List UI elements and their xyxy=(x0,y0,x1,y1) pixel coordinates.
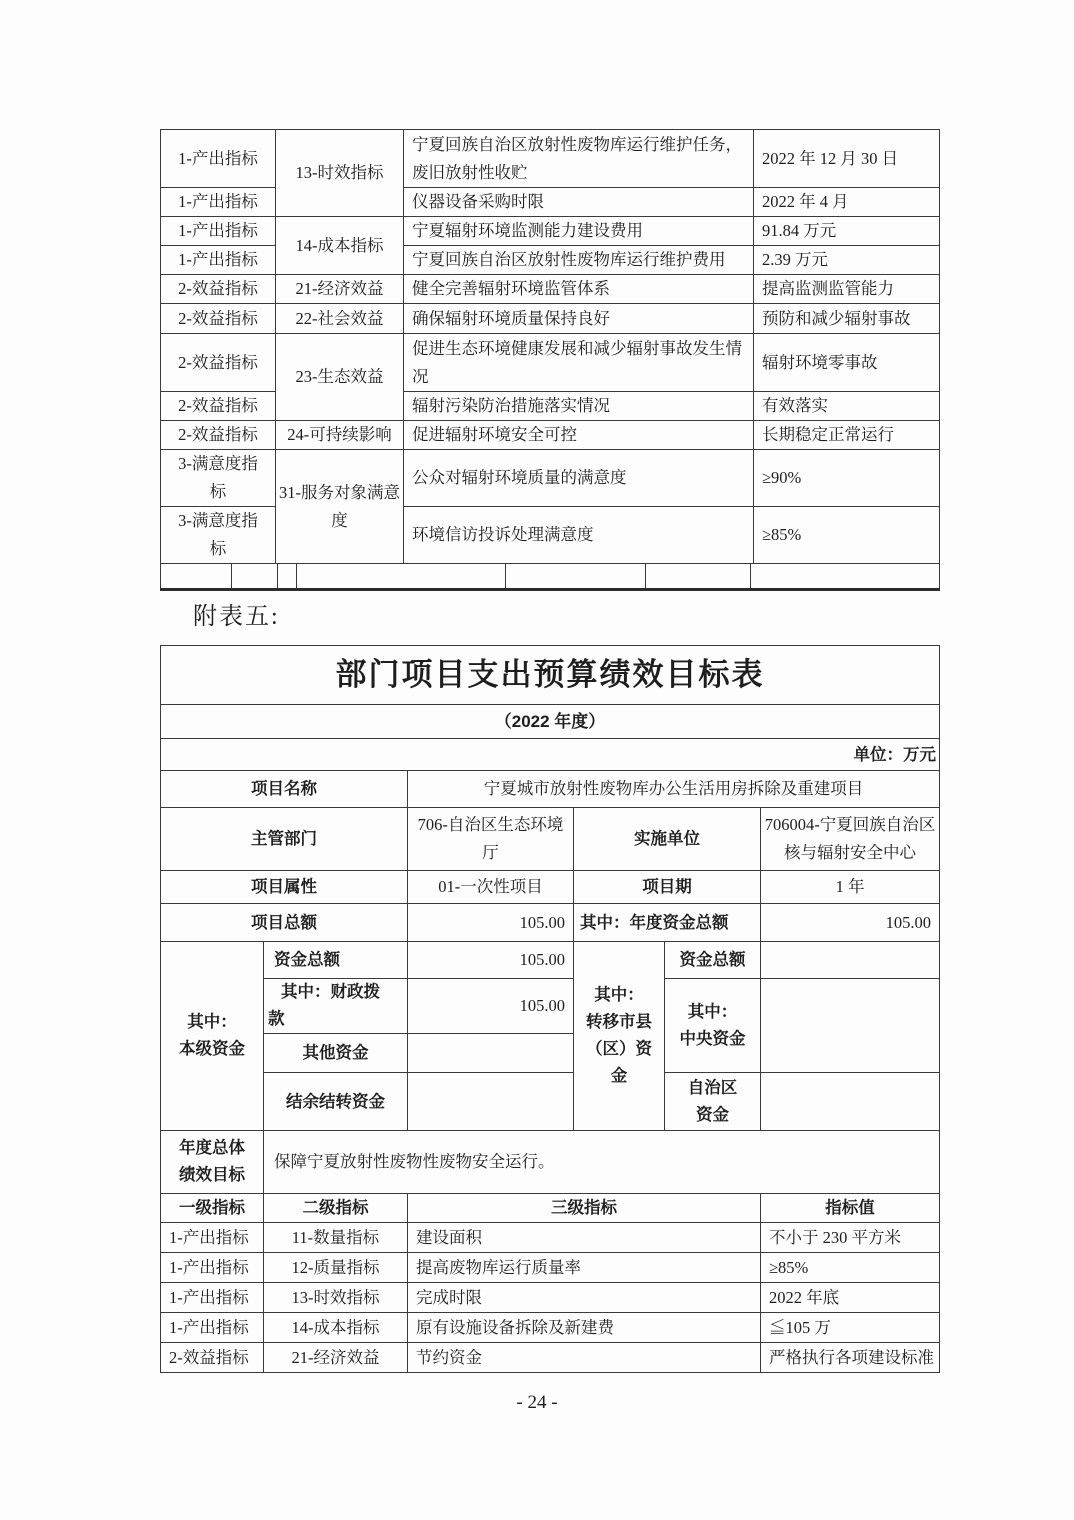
empty-cell xyxy=(297,564,506,590)
empty-cell xyxy=(161,564,232,590)
level1-cell: 2-效益指标 xyxy=(161,1343,264,1373)
value-cell: 长期稳定正常运行 xyxy=(754,421,940,450)
level1-cell: 2-效益指标 xyxy=(161,421,276,450)
level1-cell: 2-效益指标 xyxy=(161,304,276,334)
local-funds-label: 其中： 本级资金 xyxy=(161,942,264,1131)
level1-cell: 1-产出指标 xyxy=(161,188,276,217)
project-attr-value: 01-一次性项目 xyxy=(408,871,574,904)
project-name-label: 项目名称 xyxy=(161,771,408,808)
transfer-total-label: 资金总额 xyxy=(665,942,761,979)
performance-indicators-continuation-table: 1-产出指标 13-时效指标 宁夏回族自治区放射性废物库运行维护任务，废旧放射性… xyxy=(160,129,940,564)
level1-cell: 1-产出指标 xyxy=(161,1313,264,1343)
level2-cell: 14-成本指标 xyxy=(276,217,404,275)
indicator-cell: 促进生态环境健康发展和减少辐射事故发生情况 xyxy=(404,334,754,392)
appendix-label: 附表五: xyxy=(193,596,280,631)
project-name-value: 宁夏城市放射性废物库办公生活用房拆除及重建项目 xyxy=(408,771,940,808)
level1-cell: 1-产出指标 xyxy=(161,246,276,275)
project-attr-label: 项目属性 xyxy=(161,871,408,904)
value-cell: 2022 年 4 月 xyxy=(754,188,940,217)
level1-cell: 3-满意度指标 xyxy=(161,450,276,507)
indicator-cell: 完成时限 xyxy=(408,1283,761,1313)
indicator-cell: 环境信访投诉处理满意度 xyxy=(404,507,754,564)
indicator-cell: 健全完善辐射环境监管体系 xyxy=(404,275,754,304)
level2-cell: 21-经济效益 xyxy=(276,275,404,304)
fiscal-appropriation-value: 105.00 xyxy=(408,979,574,1034)
level1-cell: 1-产出指标 xyxy=(161,217,276,246)
indicator-cell: 辐射污染防治措施落实情况 xyxy=(404,392,754,421)
region-funds-label: 自治区 资金 xyxy=(665,1073,761,1131)
fiscal-appropriation-label: 其中：财政拨 款 xyxy=(264,979,408,1034)
indicator-cell: 节约资金 xyxy=(408,1343,761,1373)
value-cell: 2022 年 12 月 30 日 xyxy=(754,130,940,188)
level1-cell: 1-产出指标 xyxy=(161,1253,264,1283)
level2-cell: 13-时效指标 xyxy=(264,1283,408,1313)
project-budget-performance-table: 部门项目支出预算绩效目标表 （2022 年度） 单位：万元 项目名称 宁夏城市放… xyxy=(160,645,940,1373)
region-funds-value xyxy=(761,1073,940,1131)
project-total-value: 105.00 xyxy=(408,904,574,942)
value-cell: 不小于 230 平方米 xyxy=(761,1223,940,1253)
level2-cell: 11-数量指标 xyxy=(264,1223,408,1253)
annual-total-label: 其中：年度资金总额 xyxy=(574,904,761,942)
transfer-funds-label: 其中： 转移市县 （区）资 金 xyxy=(574,942,665,1131)
other-funds-label: 其他资金 xyxy=(264,1034,408,1073)
value-cell: ≥90% xyxy=(754,450,940,507)
level1-cell: 1-产出指标 xyxy=(161,1223,264,1253)
continuation-table-section: 1-产出指标 13-时效指标 宁夏回族自治区放射性废物库运行维护任务，废旧放射性… xyxy=(160,129,940,591)
project-total-label: 项目总额 xyxy=(161,904,408,942)
level1-cell: 2-效益指标 xyxy=(161,392,276,421)
dept-label: 主管部门 xyxy=(161,808,408,871)
level1-cell: 2-效益指标 xyxy=(161,275,276,304)
table-title: 部门项目支出预算绩效目标表 xyxy=(161,646,940,705)
central-funds-label: 其中： 中央资金 xyxy=(665,979,761,1073)
level1-cell: 1-产出指标 xyxy=(161,130,276,188)
level2-cell: 21-经济效益 xyxy=(264,1343,408,1373)
value-cell: ≥85% xyxy=(754,507,940,564)
value-cell: 辐射环境零事故 xyxy=(754,334,940,392)
value-cell: 预防和减少辐射事故 xyxy=(754,304,940,334)
header-level1: 一级指标 xyxy=(161,1194,264,1223)
project-period-label: 项目期 xyxy=(574,871,761,904)
impl-unit-label: 实施单位 xyxy=(574,808,761,871)
value-cell: 提高监测监管能力 xyxy=(754,275,940,304)
annual-goal-value: 保障宁夏放射性废物性废物安全运行。 xyxy=(264,1131,940,1194)
empty-cell xyxy=(751,564,940,590)
level2-cell: 23-生态效益 xyxy=(276,334,404,421)
indicator-cell: 促进辐射环境安全可控 xyxy=(404,421,754,450)
level2-cell: 14-成本指标 xyxy=(264,1313,408,1343)
value-cell: 有效落实 xyxy=(754,392,940,421)
level2-cell: 31-服务对象满意度 xyxy=(276,450,404,564)
empty-cell xyxy=(278,564,297,590)
indicator-cell: 宁夏回族自治区放射性废物库运行维护费用 xyxy=(404,246,754,275)
funds-total-label: 资金总额 xyxy=(264,942,408,979)
level1-cell: 1-产出指标 xyxy=(161,1283,264,1313)
value-cell: ≥85% xyxy=(761,1253,940,1283)
indicator-cell: 原有设施设备拆除及新建费 xyxy=(408,1313,761,1343)
table-year-subtitle: （2022 年度） xyxy=(161,705,940,739)
indicator-cell: 宁夏回族自治区放射性废物库运行维护任务，废旧放射性收贮 xyxy=(404,130,754,188)
page-number: - 24 - xyxy=(0,1392,1074,1414)
funds-total-value: 105.00 xyxy=(408,942,574,979)
indicator-cell: 公众对辐射环境质量的满意度 xyxy=(404,450,754,507)
indicator-cell: 确保辐射环境质量保持良好 xyxy=(404,304,754,334)
level1-cell: 2-效益指标 xyxy=(161,334,276,392)
level2-cell: 24-可持续影响 xyxy=(276,421,404,450)
level2-cell: 12-质量指标 xyxy=(264,1253,408,1283)
value-cell: ≦105 万 xyxy=(761,1313,940,1343)
impl-unit-value: 706004-宁夏回族自治区核与辐射安全中心 xyxy=(761,808,940,871)
dept-value: 706-自治区生态环境厅 xyxy=(408,808,574,871)
carryover-funds-value xyxy=(408,1073,574,1131)
value-cell: 严格执行各项建设标准 xyxy=(761,1343,940,1373)
indicator-cell: 建设面积 xyxy=(408,1223,761,1253)
central-funds-value xyxy=(761,979,940,1073)
carryover-funds-label: 结余结转资金 xyxy=(264,1073,408,1131)
empty-grid-row xyxy=(160,563,940,591)
header-value: 指标值 xyxy=(761,1194,940,1223)
level1-cell: 3-满意度指标 xyxy=(161,507,276,564)
indicator-cell: 仪器设备采购时限 xyxy=(404,188,754,217)
unit-note: 单位：万元 xyxy=(161,739,940,771)
indicator-cell: 提高废物库运行质量率 xyxy=(408,1253,761,1283)
indicator-cell: 宁夏辐射环境监测能力建设费用 xyxy=(404,217,754,246)
level2-cell: 13-时效指标 xyxy=(276,130,404,217)
value-cell: 91.84 万元 xyxy=(754,217,940,246)
empty-cell xyxy=(232,564,278,590)
other-funds-value xyxy=(408,1034,574,1073)
annual-total-value: 105.00 xyxy=(761,904,940,942)
empty-cell xyxy=(506,564,646,590)
transfer-total-value xyxy=(761,942,940,979)
header-level3: 三级指标 xyxy=(408,1194,761,1223)
value-cell: 2.39 万元 xyxy=(754,246,940,275)
budget-target-table-section: 部门项目支出预算绩效目标表 （2022 年度） 单位：万元 项目名称 宁夏城市放… xyxy=(160,645,940,1373)
level2-cell: 22-社会效益 xyxy=(276,304,404,334)
empty-cell xyxy=(646,564,751,590)
annual-goal-label: 年度总体 绩效目标 xyxy=(161,1131,264,1194)
value-cell: 2022 年底 xyxy=(761,1283,940,1313)
header-level2: 二级指标 xyxy=(264,1194,408,1223)
project-period-value: 1 年 xyxy=(761,871,940,904)
